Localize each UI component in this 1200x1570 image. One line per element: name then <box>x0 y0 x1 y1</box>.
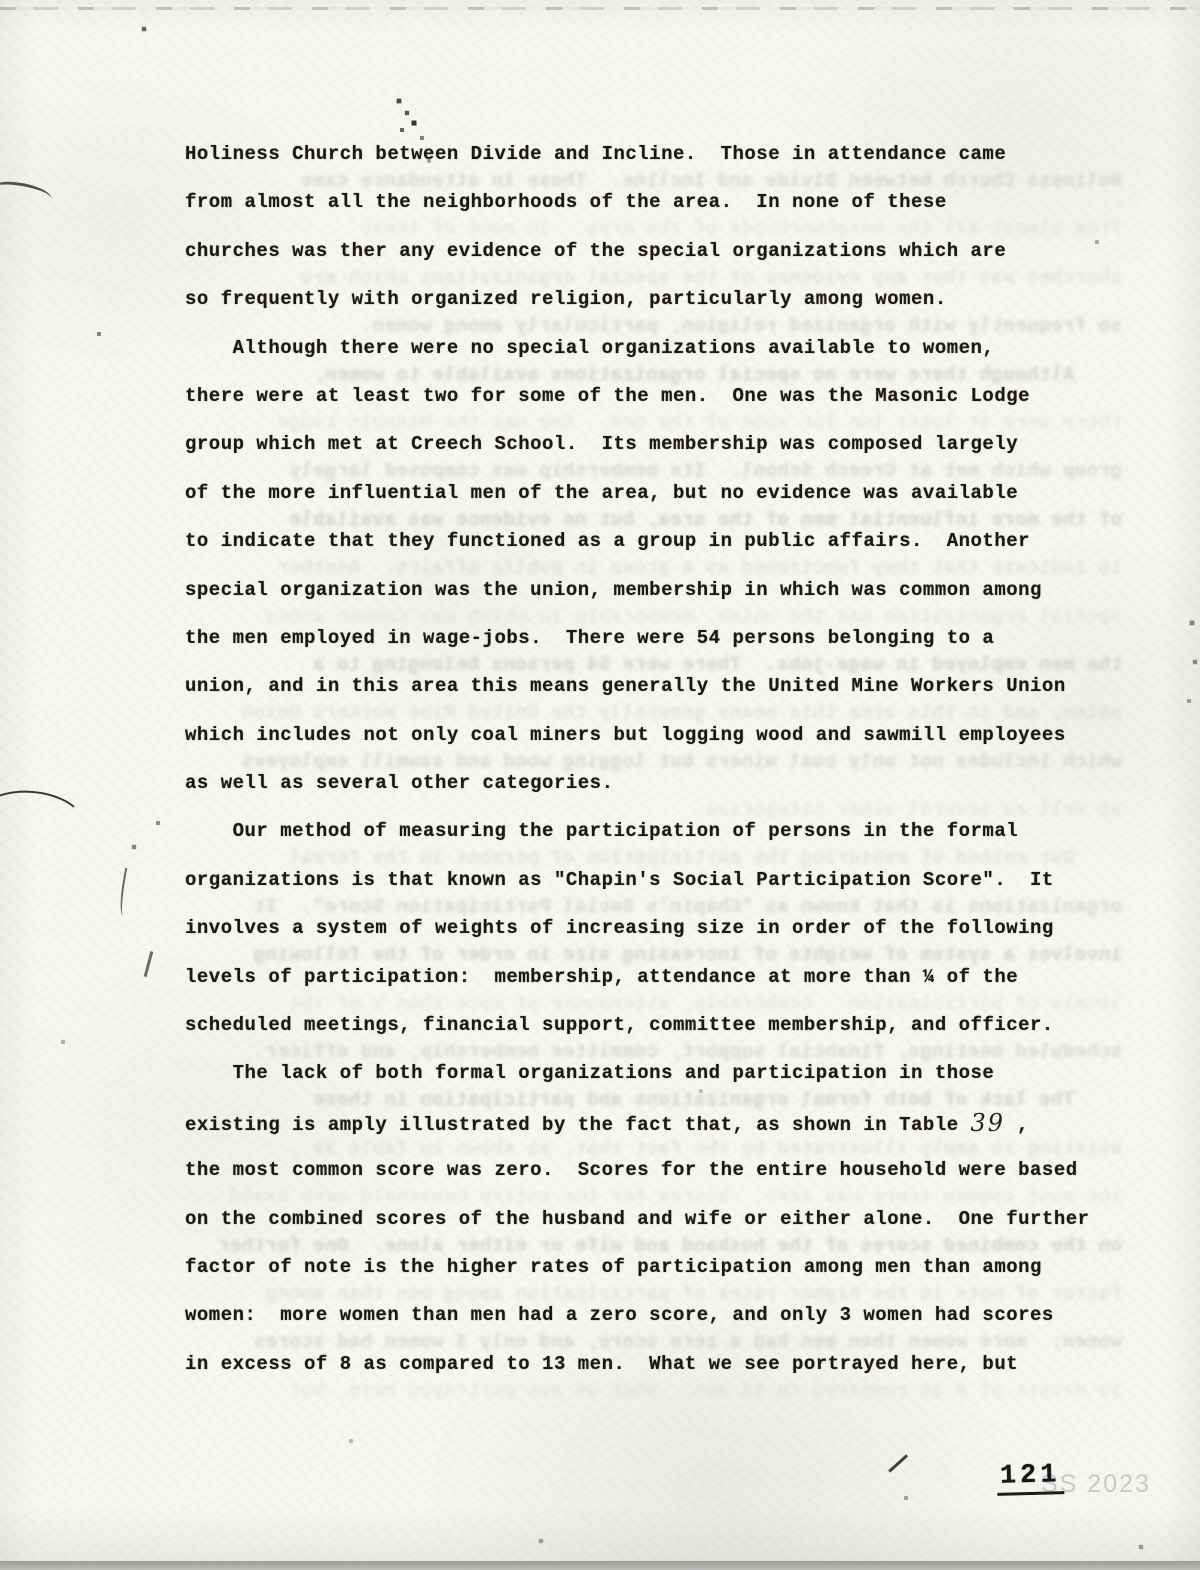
typed-text-segment: churches was ther any evidence of the sp… <box>185 240 1006 262</box>
typed-text-segment: group which met at Creech School. Its me… <box>185 433 1018 455</box>
typed-text-segment: in excess of 8 as compared to 13 men. Wh… <box>185 1353 1018 1375</box>
text-line: there were at least two for some of the … <box>185 372 1145 420</box>
typed-text-segment: involves a system of weights of increasi… <box>185 917 1054 939</box>
text-line: organizations is that known as "Chapin's… <box>185 856 1145 904</box>
typed-text-segment: to indicate that they functioned as a gr… <box>185 530 1030 552</box>
pen-mark-tick <box>144 951 153 977</box>
text-line: in excess of 8 as compared to 13 men. Wh… <box>185 1340 1145 1388</box>
typed-text-segment: as well as several other categories. <box>185 772 613 794</box>
typed-text-segment: The lack of both formal organizations an… <box>185 1062 994 1084</box>
typed-text-segment: special organization was the union, memb… <box>185 579 1042 601</box>
text-line: scheduled meetings, financial support, c… <box>185 1001 1145 1049</box>
page-number: 121 <box>997 1460 1064 1496</box>
scan-artifact-bottom-edge <box>0 1561 1200 1570</box>
text-line: The lack of both formal organizations an… <box>185 1049 1145 1097</box>
scan-artifact-top-edge <box>0 7 1200 10</box>
typed-text-segment: levels of participation: membership, att… <box>185 966 1018 988</box>
text-line: the men employed in wage-jobs. There wer… <box>185 614 1145 662</box>
text-line: union, and in this area this means gener… <box>185 662 1145 710</box>
ink-specks <box>0 0 2 2</box>
text-line: churches was ther any evidence of the sp… <box>185 227 1145 275</box>
typed-text-segment: the most common score was zero. Scores f… <box>185 1159 1078 1181</box>
text-line: from almost all the neighborhoods of the… <box>185 178 1145 226</box>
typed-text-segment: Our method of measuring the participatio… <box>185 820 1018 842</box>
text-line: special organization was the union, memb… <box>185 566 1145 614</box>
document-page: Holiness Church between Divide and Incli… <box>0 0 1200 1570</box>
typed-text-segment: the men employed in wage-jobs. There wer… <box>185 627 994 649</box>
text-line: on the combined scores of the husband an… <box>185 1195 1145 1243</box>
typed-text-segment: women: more women than men had a zero sc… <box>185 1304 1054 1326</box>
pen-mark-slash <box>888 1454 908 1472</box>
text-line: factor of note is the higher rates of pa… <box>185 1243 1145 1291</box>
typed-text-block: Holiness Church between Divide and Incli… <box>185 130 1145 1388</box>
text-line: existing is amply illustrated by the fac… <box>185 1098 1145 1146</box>
text-line: to indicate that they functioned as a gr… <box>185 517 1145 565</box>
typed-text-segment: scheduled meetings, financial support, c… <box>185 1014 1054 1036</box>
typed-text-segment: which includes not only coal miners but … <box>185 724 1066 746</box>
text-line: involves a system of weights of increasi… <box>185 904 1145 952</box>
text-line: the most common score was zero. Scores f… <box>185 1146 1145 1194</box>
text-line: so frequently with organized religion, p… <box>185 275 1145 323</box>
pen-mark-left-arc <box>0 786 87 853</box>
text-line: women: more women than men had a zero sc… <box>185 1291 1145 1339</box>
pen-mark-left-dash <box>0 179 53 207</box>
typed-text-segment: of the more influential men of the area,… <box>185 482 1018 504</box>
text-line: Holiness Church between Divide and Incli… <box>185 130 1145 178</box>
text-line: which includes not only coal miners but … <box>185 711 1145 759</box>
handwritten-table-number: 39 <box>971 1109 1006 1137</box>
pen-mark-squiggle <box>117 868 133 917</box>
typed-text-segment: so frequently with organized religion, p… <box>185 288 947 310</box>
text-line: as well as several other categories. <box>185 759 1145 807</box>
typed-text-segment: from almost all the neighborhoods of the… <box>185 191 947 213</box>
typed-text-segment: union, and in this area this means gener… <box>185 675 1066 697</box>
typed-text-segment: factor of note is the higher rates of pa… <box>185 1256 1042 1278</box>
text-line: group which met at Creech School. Its me… <box>185 420 1145 468</box>
typed-text-segment: Although there were no special organizat… <box>185 337 994 359</box>
typed-text-segment: there were at least two for some of the … <box>185 385 1030 407</box>
text-line: Our method of measuring the participatio… <box>185 807 1145 855</box>
text-line: Although there were no special organizat… <box>185 324 1145 372</box>
typed-text-segment: , <box>1005 1114 1029 1136</box>
typed-text-segment: organizations is that known as "Chapin's… <box>185 869 1054 891</box>
text-line: of the more influential men of the area,… <box>185 469 1145 517</box>
typed-text-segment: Holiness Church between Divide and Incli… <box>185 143 1006 165</box>
typed-text-segment: on the combined scores of the husband an… <box>185 1208 1090 1230</box>
typed-text-segment: existing is amply illustrated by the fac… <box>185 1114 971 1136</box>
text-line: levels of participation: membership, att… <box>185 953 1145 1001</box>
